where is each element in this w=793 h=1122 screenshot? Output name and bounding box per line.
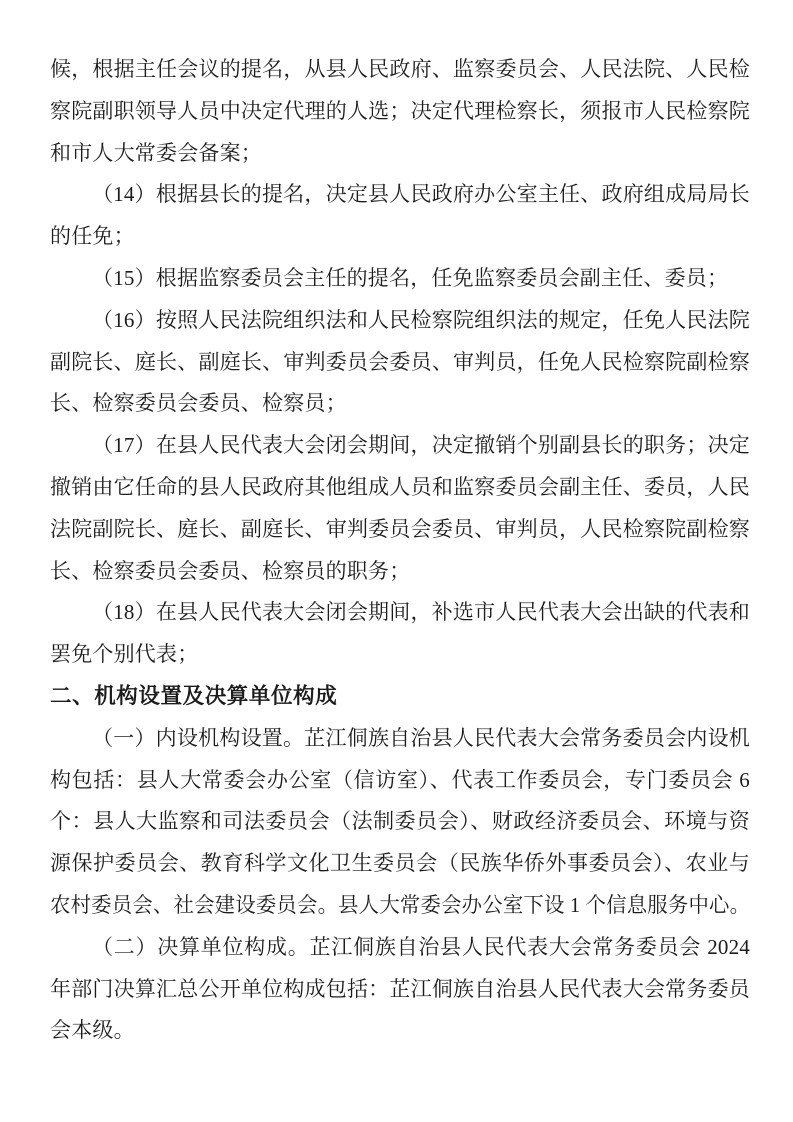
- text-line: 年部门决算汇总公开单位构成包括：芷江侗族自治县人民代表大会常务委员: [50, 969, 750, 1011]
- text-line: （14）根据县长的提名，决定县人民政府办公室主任、政府组成局局长: [50, 174, 750, 216]
- paragraph-final-accounts-units: （二）决算单位构成。芷江侗族自治县人民代表大会常务委员会 2024年部门决算汇总…: [50, 927, 750, 1052]
- text-line: 长、检察委员会委员、检察员；: [50, 383, 750, 425]
- section-heading-2: 二、机构设置及决算单位构成: [50, 676, 750, 718]
- paragraph-item-17: （17）在县人民代表大会闭会期间，决定撤销个别副县长的职务；决定撤销由它任命的县…: [50, 425, 750, 592]
- text-line: 会本级。: [50, 1010, 750, 1052]
- text-line: 的任免；: [50, 216, 750, 258]
- paragraph-13-continuation: 候，根据主任会议的提名，从县人民政府、监察委员会、人民法院、人民检察院副职领导人…: [50, 49, 750, 174]
- text-line: 和市人大常委会备案；: [50, 133, 750, 175]
- text-line: 构包括：县人大常委会办公室（信访室）、代表工作委员会，专门委员会 6: [50, 760, 750, 802]
- text-line: 察院副职领导人员中决定代理的人选；决定代理检察长，须报市人民检察院: [50, 91, 750, 133]
- text-line: 副院长、庭长、副庭长、审判委员会委员、审判员，任免人民检察院副检察: [50, 342, 750, 384]
- paragraph-item-16: （16）按照人民法院组织法和人民检察院组织法的规定，任免人民法院副院长、庭长、副…: [50, 300, 750, 425]
- text-line: 法院副院长、庭长、副庭长、审判委员会委员、审判员，人民检察院副检察: [50, 509, 750, 551]
- text-line: （16）按照人民法院组织法和人民检察院组织法的规定，任免人民法院: [50, 300, 750, 342]
- paragraph-item-18: （18）在县人民代表大会闭会期间，补选市人民代表大会出缺的代表和罢免个别代表；: [50, 592, 750, 676]
- document-body: 候，根据主任会议的提名，从县人民政府、监察委员会、人民法院、人民检察院副职领导人…: [0, 0, 793, 1052]
- text-line: 源保护委员会、教育科学文化卫生委员会（民族华侨外事委员会）、农业与: [50, 843, 750, 885]
- text-line: 撤销由它任命的县人民政府其他组成人员和监察委员会副主任、委员，人民: [50, 467, 750, 509]
- text-line: 二、机构设置及决算单位构成: [50, 676, 750, 718]
- text-line: （18）在县人民代表大会闭会期间，补选市人民代表大会出缺的代表和: [50, 592, 750, 634]
- text-line: 候，根据主任会议的提名，从县人民政府、监察委员会、人民法院、人民检: [50, 49, 750, 91]
- text-line: （15）根据监察委员会主任的提名，任免监察委员会副主任、委员；: [50, 258, 750, 300]
- paragraph-item-14: （14）根据县长的提名，决定县人民政府办公室主任、政府组成局局长的任免；: [50, 174, 750, 258]
- document-page: 候，根据主任会议的提名，从县人民政府、监察委员会、人民法院、人民检察院副职领导人…: [0, 0, 793, 1122]
- text-line: （一）内设机构设置。芷江侗族自治县人民代表大会常务委员会内设机: [50, 718, 750, 760]
- text-line: 长、检察委员会委员、检察员的职务；: [50, 551, 750, 593]
- paragraph-item-15: （15）根据监察委员会主任的提名，任免监察委员会副主任、委员；: [50, 258, 750, 300]
- paragraph-internal-org: （一）内设机构设置。芷江侗族自治县人民代表大会常务委员会内设机构包括：县人大常委…: [50, 718, 750, 927]
- text-line: （17）在县人民代表大会闭会期间，决定撤销个别副县长的职务；决定: [50, 425, 750, 467]
- text-line: 农村委员会、社会建设委员会。县人大常委会办公室下设 1 个信息服务中心。: [50, 885, 730, 927]
- text-line: 个：县人大监察和司法委员会（法制委员会）、财政经济委员会、环境与资: [50, 801, 750, 843]
- text-line: 罢免个别代表；: [50, 634, 750, 676]
- text-line: （二）决算单位构成。芷江侗族自治县人民代表大会常务委员会 2024: [50, 927, 750, 969]
